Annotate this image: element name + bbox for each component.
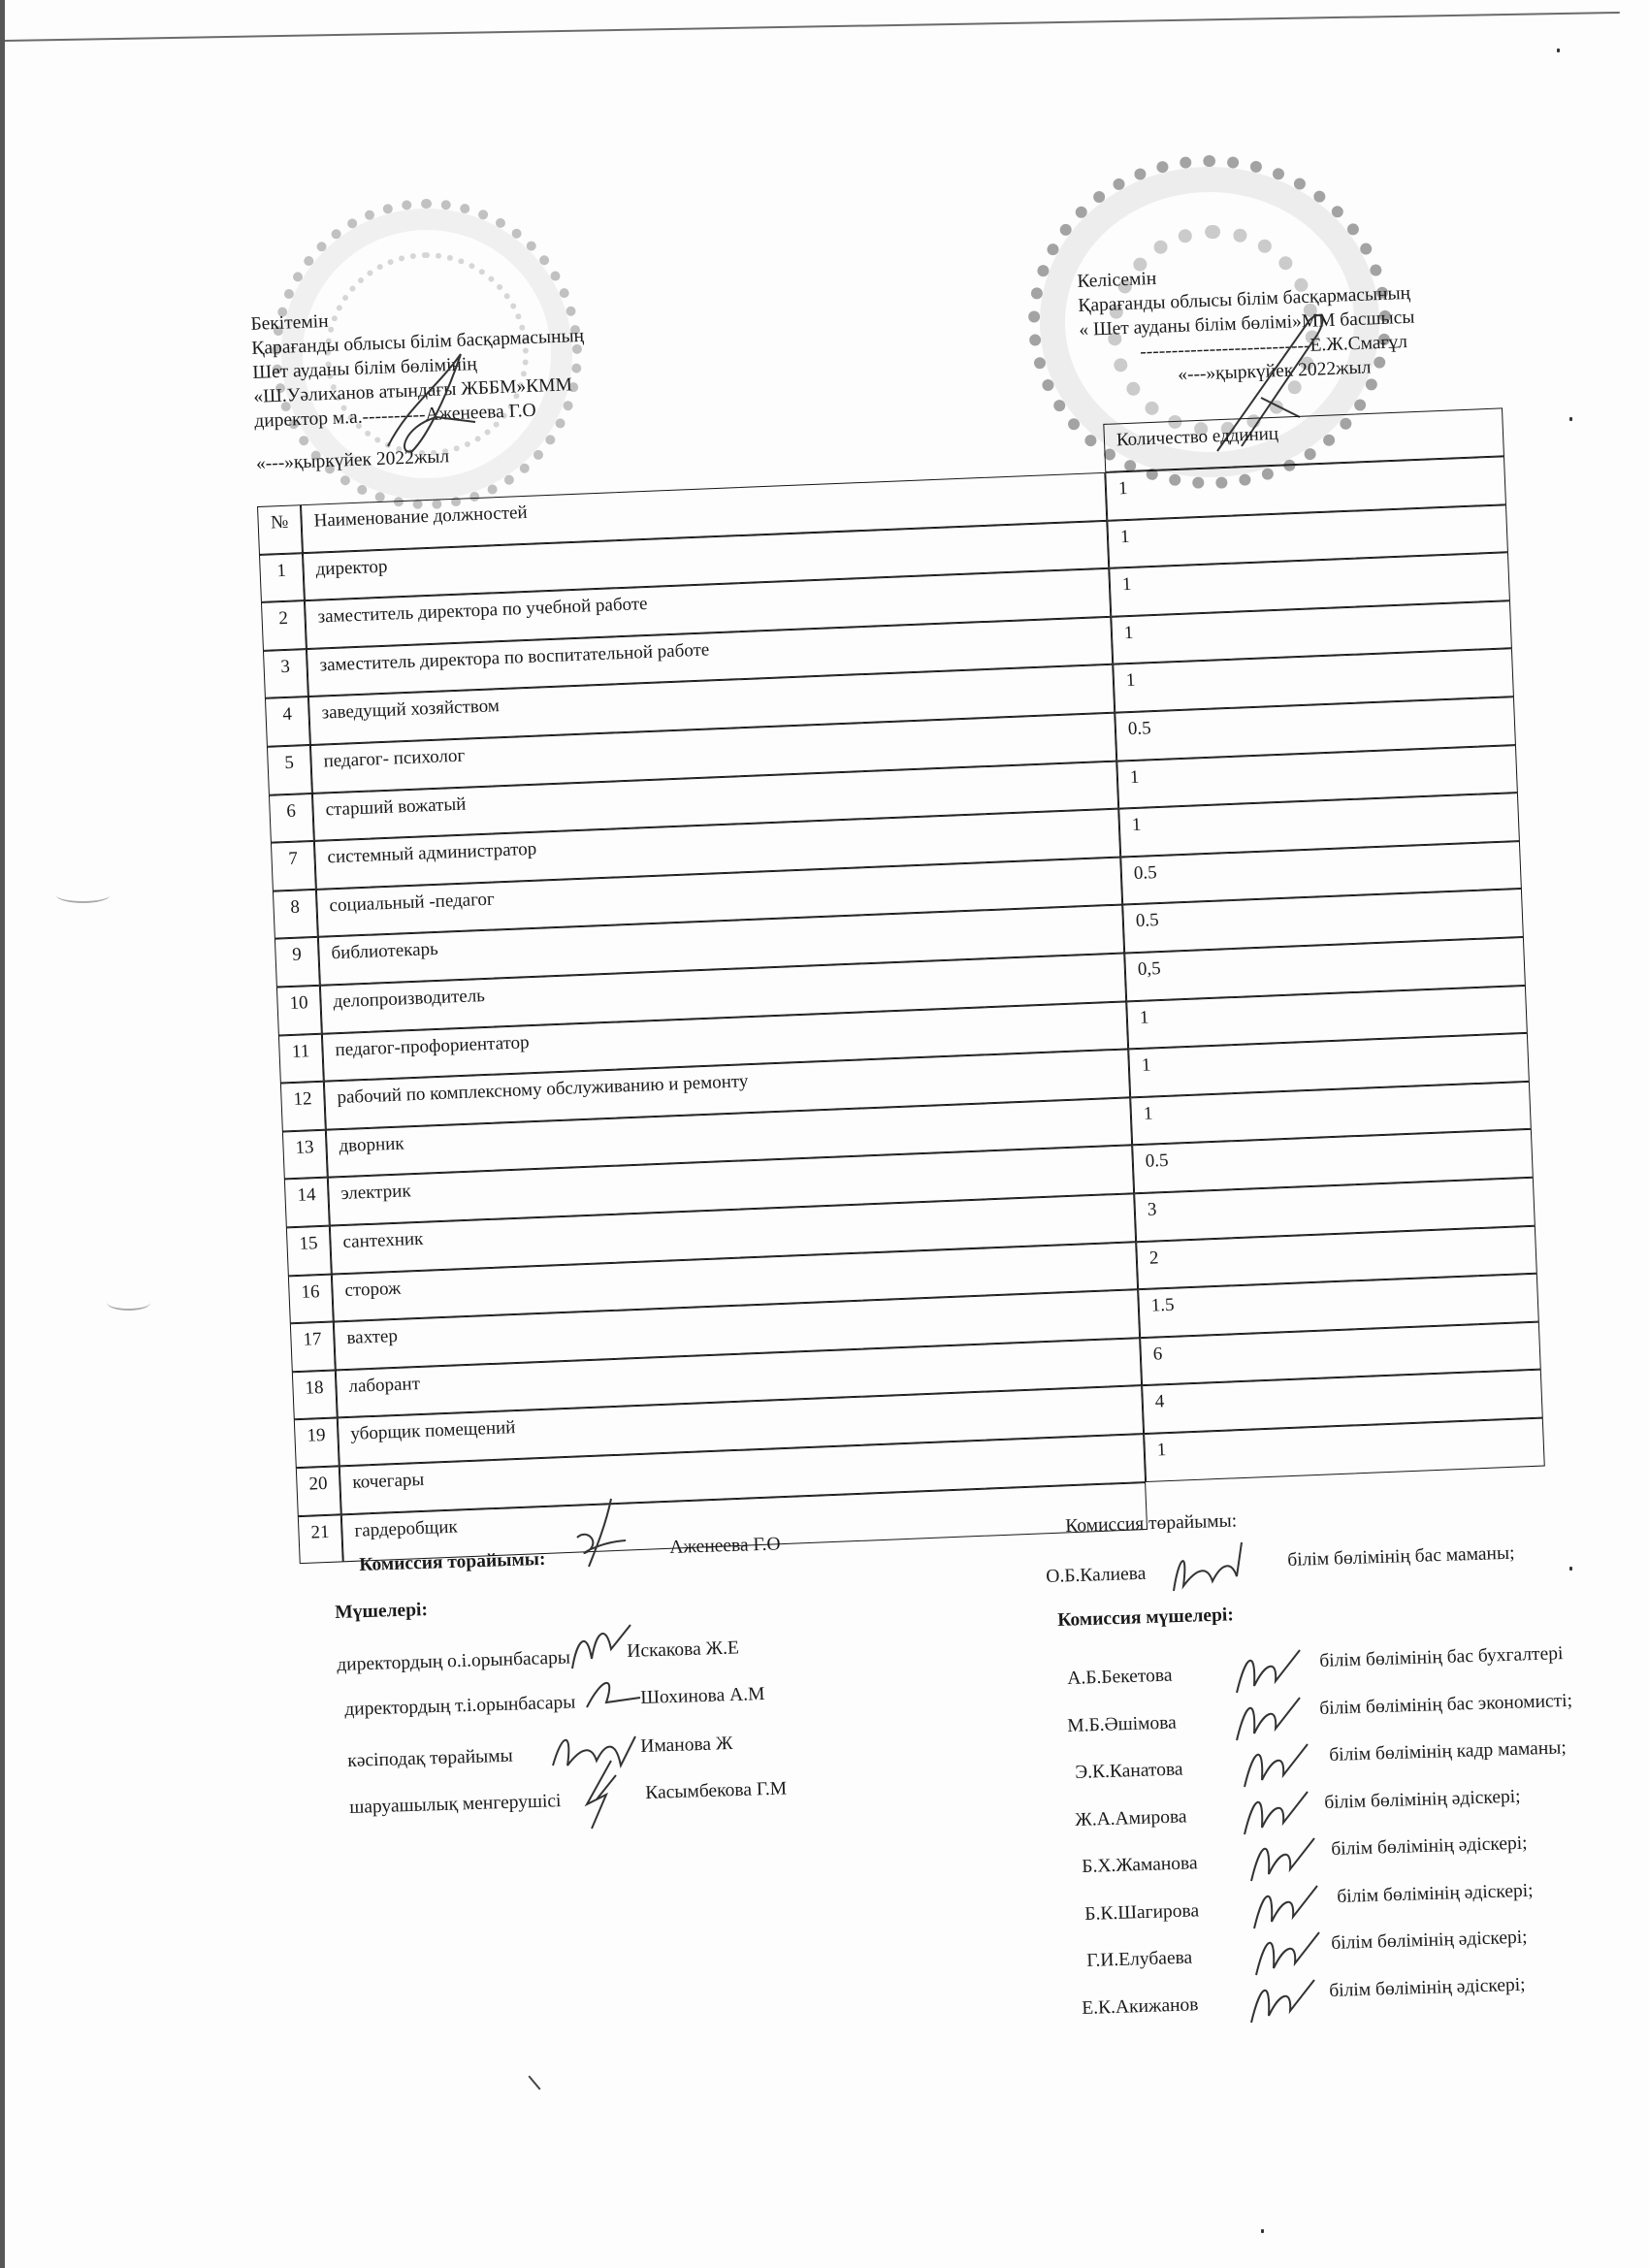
row-number-cell: 18 — [292, 1370, 338, 1419]
row-number-cell: 4 — [265, 697, 310, 746]
row-number-cell: 10 — [276, 986, 322, 1035]
scan-dot — [1569, 417, 1572, 421]
scan-edge — [0, 0, 5, 2268]
member-name-right: Ж.А.Амирова — [1075, 1806, 1187, 1831]
member-signature-icon — [1235, 1784, 1312, 1842]
member-signature-icon — [1245, 1878, 1322, 1936]
member-name-left: Касымбекова Г.М — [645, 1778, 787, 1804]
commission-chair-name-left: Аженеева Г.О — [669, 1534, 781, 1559]
approval-left-date: «---»қыркүйек 2022жыл — [256, 439, 590, 476]
member-role-right: білім бөлімінің бас бухгалтері — [1319, 1643, 1564, 1672]
row-number-cell: 5 — [267, 745, 312, 794]
scan-dot — [1261, 2229, 1264, 2233]
member-signature-icon — [1227, 1642, 1305, 1701]
member-role-left: директордың т.і.орынбасары — [344, 1693, 576, 1721]
member-role-right: білім бөлімінің әдіскері; — [1337, 1880, 1534, 1907]
member-role-left: директордың о.і.орынбасары — [337, 1647, 570, 1676]
row-number-cell: 17 — [290, 1322, 336, 1372]
row-number-cell: 2 — [261, 600, 307, 650]
member-role-left: шаруашылық менгерушісі — [349, 1791, 562, 1819]
member-name-right: М.Б.Әшімова — [1067, 1712, 1177, 1737]
scan-dot — [1557, 49, 1560, 52]
row-number-cell: 3 — [263, 649, 308, 698]
member-name-right: Б.Х.Жаманова — [1082, 1853, 1198, 1878]
row-number-cell: 11 — [278, 1033, 324, 1083]
row-number-cell: 20 — [296, 1466, 341, 1515]
member-signature-icon — [572, 1756, 630, 1833]
member-name-left: Искакова Ж.Е — [627, 1637, 739, 1663]
member-signature-icon — [1227, 1690, 1305, 1748]
chair-signature-right-icon — [1164, 1538, 1251, 1605]
member-signature-icon — [577, 1669, 645, 1717]
row-number-cell: 16 — [288, 1274, 334, 1323]
member-role-left: кәсіподақ төрайымы — [347, 1746, 513, 1772]
scan-mark — [56, 888, 110, 903]
scan-mark — [528, 2075, 540, 2090]
row-number-cell: 8 — [273, 890, 318, 939]
member-name-right: Г.И.Елубаева — [1086, 1948, 1193, 1972]
member-name-right: Е.К.Акижанов — [1082, 1994, 1199, 2020]
member-role-right: білім бөлімінің әдіскері; — [1329, 1974, 1526, 2001]
member-signature-icon — [1235, 1736, 1312, 1795]
top-divider-line — [5, 12, 1620, 42]
member-signature-icon — [1246, 1925, 1324, 1983]
member-name-left: Шохинова А.М — [640, 1684, 765, 1709]
row-number-cell: 19 — [294, 1418, 339, 1468]
row-number-cell: 13 — [282, 1129, 328, 1179]
member-role-right: білім бөлімінің әдіскері; — [1331, 1928, 1528, 1955]
member-name-right: Э.К.Канатова — [1075, 1760, 1183, 1784]
member-name-left: Иманова Ж — [640, 1733, 733, 1758]
scan-dot — [1569, 1567, 1572, 1571]
approval-block-left: Бекітемін Қарағанды облысы білім басқарм… — [250, 300, 589, 476]
member-name-right: Б.К.Шагирова — [1084, 1900, 1199, 1926]
staff-positions-table: №Наименование должностей1директор2замест… — [257, 456, 1550, 1572]
member-role-right: білім бөлімінің кадр маманы; — [1329, 1737, 1567, 1766]
row-number-cell: 7 — [271, 841, 316, 891]
commission-chair-name-right: О.Б.Калиева — [1046, 1564, 1147, 1588]
row-number-cell: 14 — [284, 1178, 330, 1227]
member-role-right: білім бөлімінің әдіскері; — [1331, 1833, 1528, 1861]
member-role-right: білім бөлімінің әдіскері; — [1324, 1786, 1521, 1813]
row-number-cell: 1 — [259, 553, 305, 602]
members-label-left: Мүшелері: — [335, 1600, 428, 1624]
members-label-right: Комиссия мүшелері: — [1057, 1604, 1234, 1632]
row-number-cell: 15 — [286, 1226, 332, 1276]
row-number-cell: 12 — [280, 1082, 326, 1131]
scan-mark — [107, 1295, 150, 1311]
member-signature-icon — [543, 1727, 640, 1775]
row-number-cell: 6 — [269, 794, 314, 843]
approval-block-right: Келісемін Қарағанды облысы білім басқарм… — [1077, 257, 1417, 391]
row-number-cell: 9 — [275, 937, 320, 987]
row-number-cell: 21 — [298, 1514, 343, 1564]
member-signature-icon — [1242, 1972, 1319, 2030]
member-role-right: білім бөлімінің бас экономисті; — [1319, 1690, 1572, 1719]
member-name-right: А.Б.Бекетова — [1067, 1666, 1173, 1690]
commission-chair-role-right: білім бөлімінің бас маманы; — [1287, 1543, 1515, 1571]
member-signature-icon — [1242, 1831, 1319, 1889]
commission-chair-label-left: Комиссия торайымы: — [359, 1549, 546, 1576]
header-number-cell: № — [257, 504, 303, 554]
